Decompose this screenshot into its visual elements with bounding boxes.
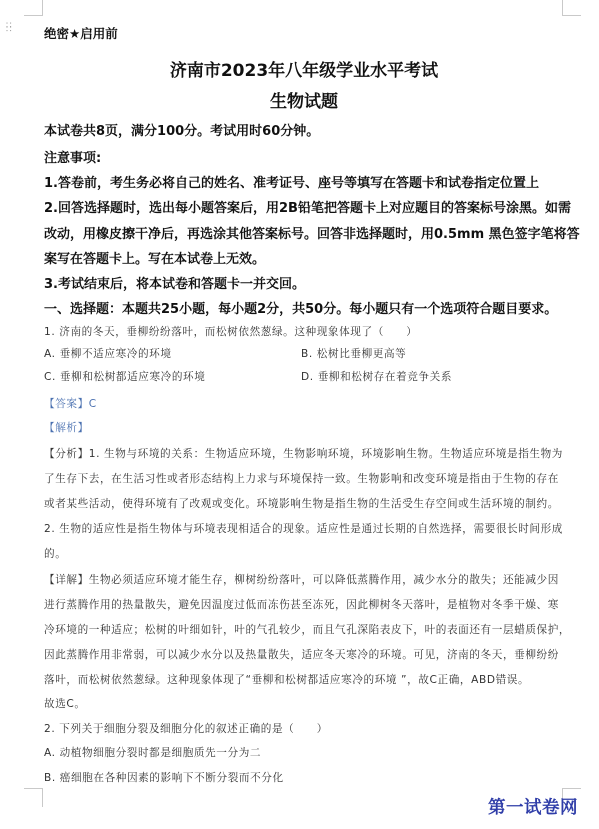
detail-line-2: 进行蒸腾作用的热量散失，避免因温度过低而冻伤甚至冻死，因此柳树冬天落叶，是植物对… <box>44 597 559 612</box>
analysis-line-3: 或者某些活动，使得环境有了改观或变化。环境影响生物是指生物的生活受生存空间或生活… <box>44 496 559 511</box>
analysis-line-4: 2. 生物的适应性是指生物体与环境表现相适合的现象。适应性是通过长期的自然选择，… <box>44 521 563 536</box>
question-1-option-d: D. 垂柳和松树存在着竞争关系 <box>301 369 452 384</box>
question-2-option-b: B. 癌细胞在各种因素的影响下不断分裂而不分化 <box>44 770 284 785</box>
question-1-analysis-label: 【解析】 <box>44 420 89 435</box>
analysis-line-5: 的。 <box>44 546 66 561</box>
note-item-3: 3.考试结束后，将本试卷和答题卡一并交回。 <box>44 273 305 292</box>
note-item-2-cont: 改动，用橡皮擦干净后，再选涂其他答案标号。回答非选择题时，用0.5mm 黑色签字… <box>44 223 580 242</box>
page-corner-mark-top-right <box>562 0 581 16</box>
question-1-answer: 【答案】C <box>44 396 97 411</box>
note-item-2: 2.回答选择题时，选出每小题答案后，用2B铅笔把答题卡上对应题目的答案标号涂黑。… <box>44 197 571 216</box>
question-1-option-b: B. 松树比垂柳更高等 <box>301 346 406 361</box>
question-1-option-a: A. 垂柳不适应寒冷的环境 <box>44 346 172 361</box>
question-1-stem: 1. 济南的冬天，垂柳纷纷落叶，而松树依然葱绿。这种现象体现了（ ） <box>44 324 417 339</box>
exam-info: 本试卷共8页，满分100分。考试用时60分钟。 <box>44 120 319 139</box>
note-item-1: 1.答卷前，考生务必将自己的姓名、准考证号、座号等填写在答题卡和试卷指定位置上 <box>44 172 539 191</box>
section-heading: 一、选择题：本题共25小题，每小题2分，共50分。每小题只有一个选项符合题目要求… <box>44 298 557 317</box>
detail-line-5: 落叶，而松树依然葱绿。这种现象体现了“垂柳和松树都适应寒冷的环境 ”，故C正确，… <box>44 672 529 687</box>
watermark-logo: 第一试卷网 <box>488 794 578 819</box>
page-corner-mark-top-left <box>24 0 43 16</box>
exam-subtitle: 生物试题 <box>44 87 564 112</box>
note-item-2-end: 案写在答题卡上。写在本试卷上无效。 <box>44 248 265 267</box>
page-corner-mark-bottom-left <box>24 788 43 807</box>
question-2-option-a: A. 动植物细胞分裂时都是细胞质先一分为二 <box>44 745 261 760</box>
detail-line-1: 【详解】生物必须适应环境才能生存，柳树纷纷落叶，可以降低蒸腾作用，减少水分的散失… <box>44 572 559 587</box>
analysis-line-2: 了生存下去，在生活习性或者形态结构上力求与环境保持一致。生物影响和改变环境是指由… <box>44 471 559 486</box>
drag-handle-icon[interactable]: ∷∷ <box>6 24 16 38</box>
question-1-conclusion: 故选C。 <box>44 696 86 711</box>
detail-line-3: 冷环境的一种适应；松树的叶细如针，叶的气孔较少，而且气孔深陷表皮下，叶的表面还有… <box>44 622 570 637</box>
exam-title: 济南市2023年八年级学业水平考试 <box>44 56 564 81</box>
analysis-line-1: 【分析】1. 生物与环境的关系：生物适应环境，生物影响环境，环境影响生物。生物适… <box>44 446 563 461</box>
question-2-stem: 2. 下列关于细胞分裂及细胞分化的叙述正确的是（ ） <box>44 721 328 736</box>
detail-line-4: 因此蒸腾作用非常弱，可以减少水分以及热量散失，适应冬天寒冷的环境。可见，济南的冬… <box>44 647 559 662</box>
secret-label: 绝密★启用前 <box>44 24 118 42</box>
notes-heading: 注意事项: <box>44 147 101 166</box>
question-1-option-c: C. 垂柳和松树都适应寒冷的环境 <box>44 369 205 384</box>
